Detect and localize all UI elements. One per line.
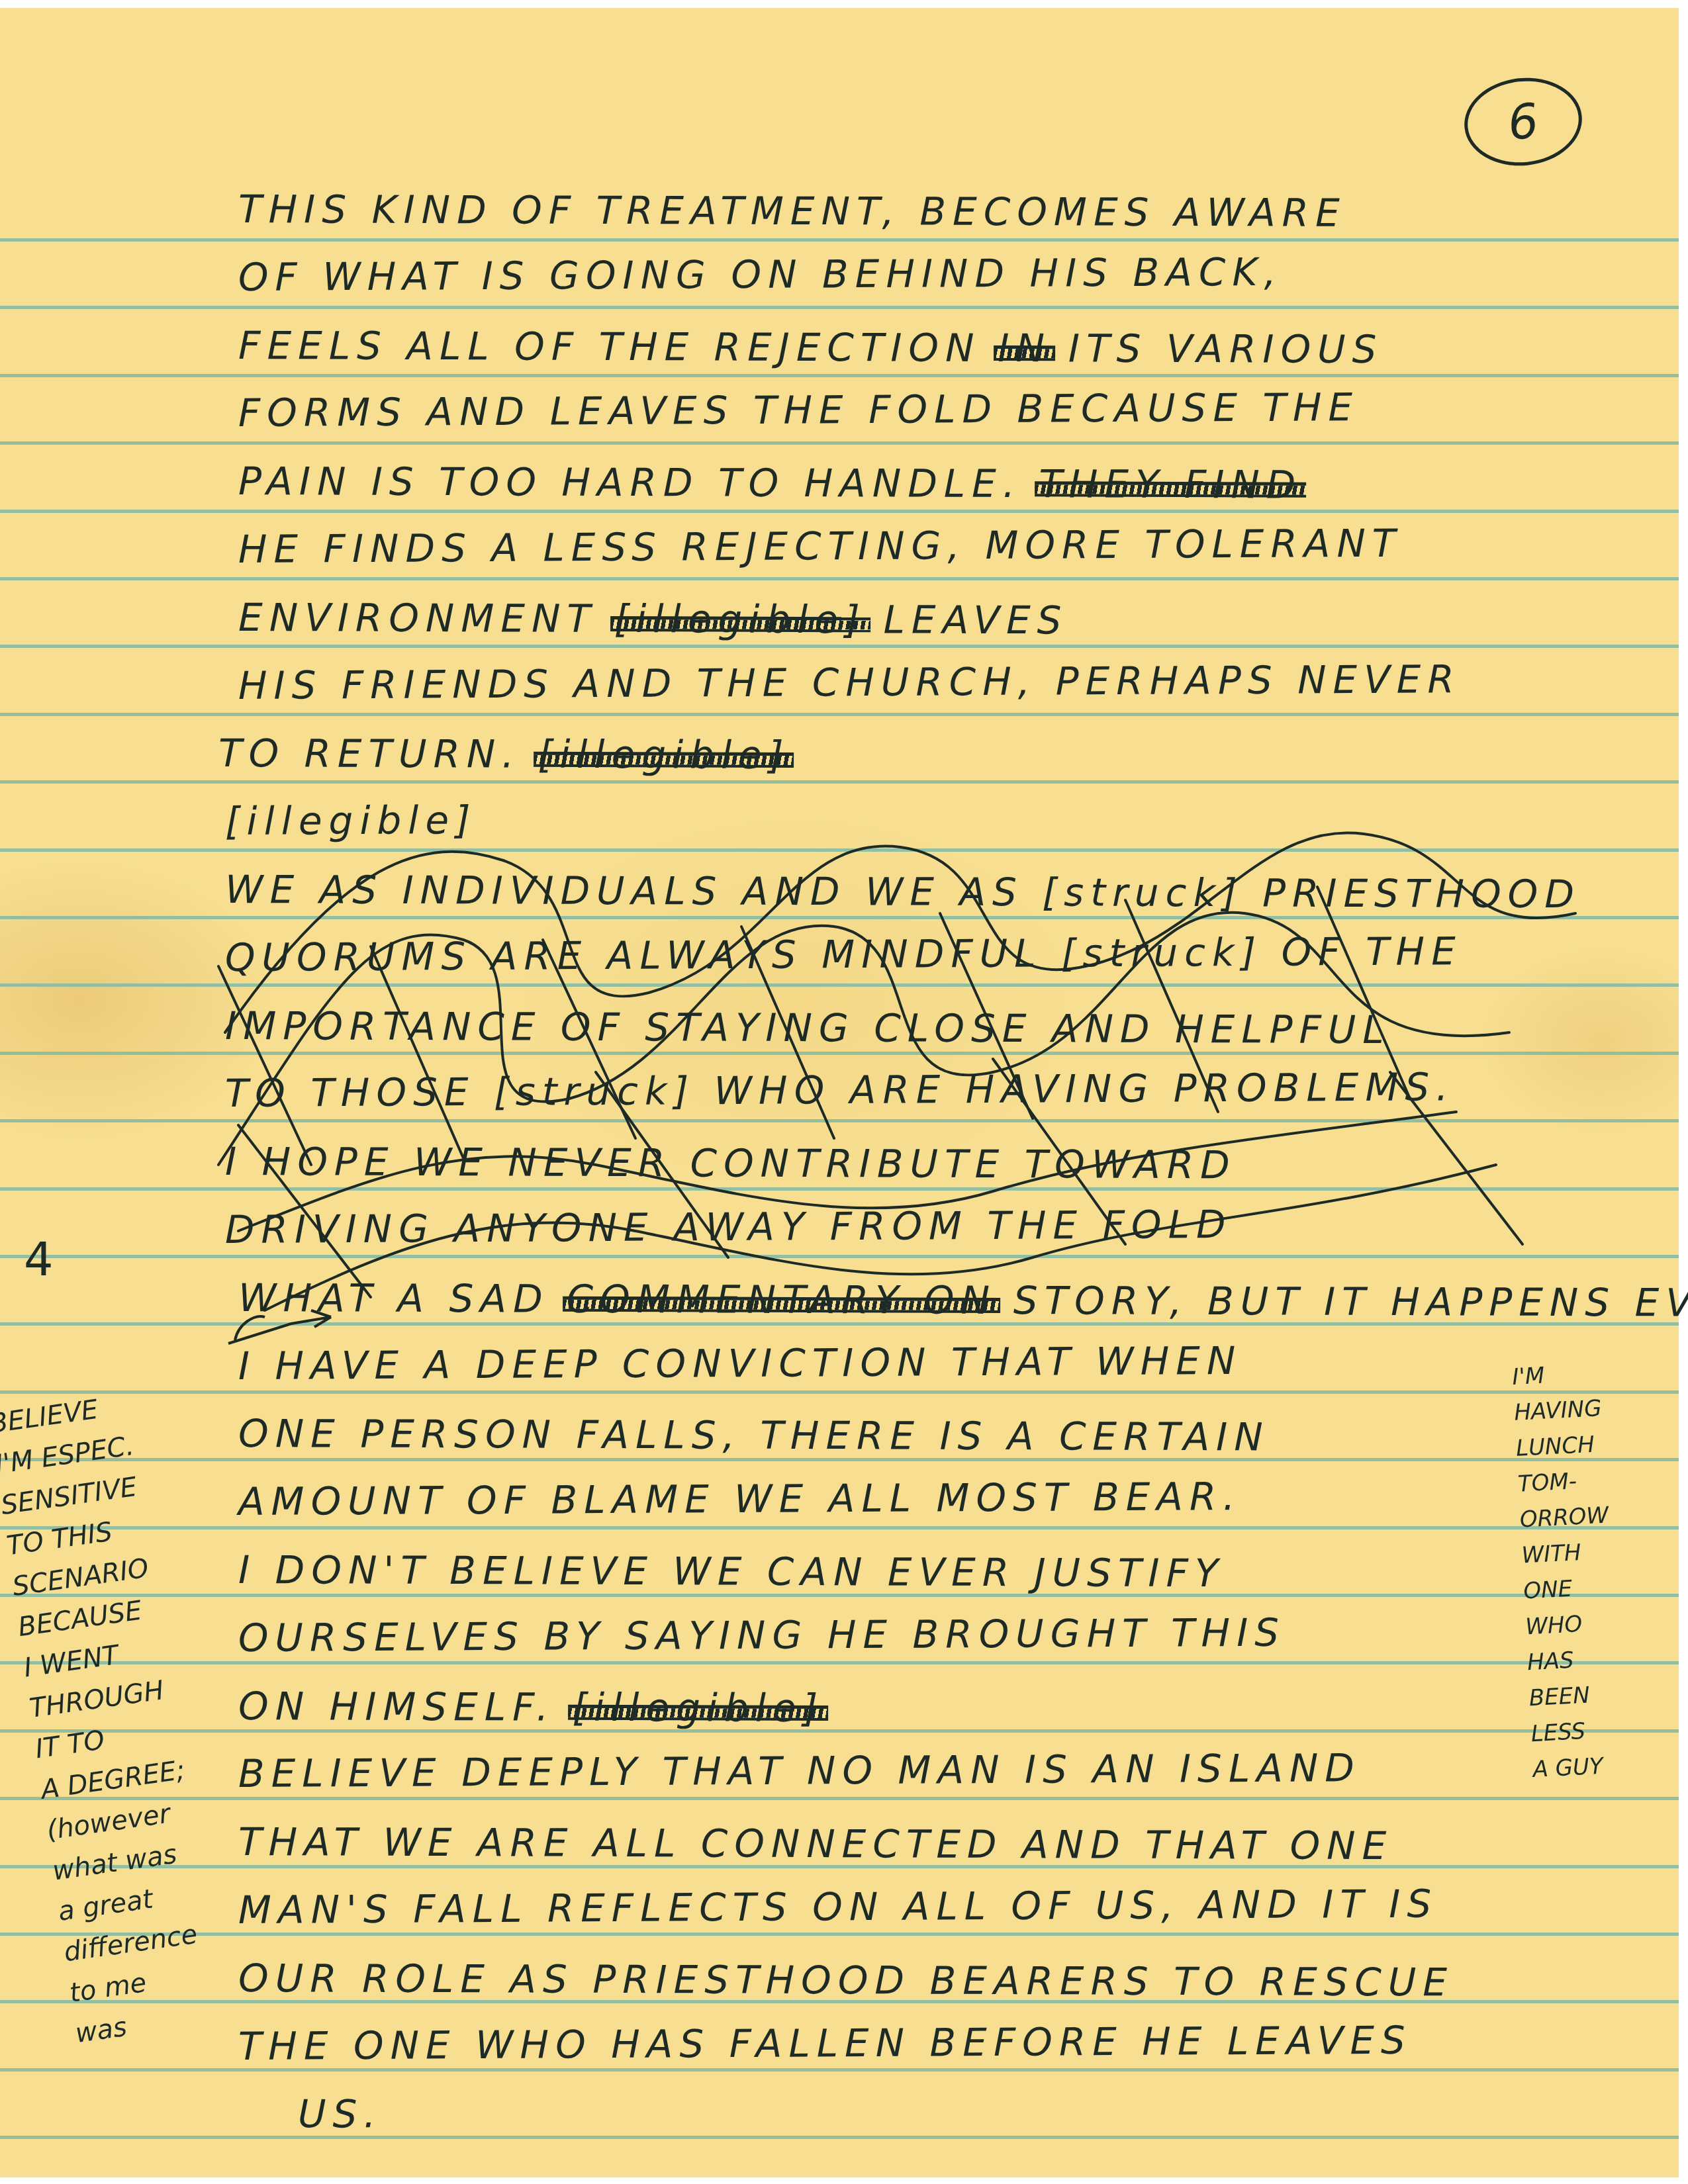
- struck-text: [illegible]: [572, 1684, 824, 1730]
- margin-note-line: TOM-: [1517, 1462, 1608, 1502]
- line-text: I HOPE WE NEVER CONTRIBUTE TOWARD: [225, 1139, 1237, 1187]
- handwritten-line: HIS FRIENDS AND THE CHURCH, PERHAPS NEVE…: [238, 657, 1478, 708]
- handwritten-line: THAT WE ARE ALL CONNECTED AND THAT ONE: [238, 1819, 1410, 1868]
- margin-note-line: I'M: [1511, 1355, 1602, 1395]
- line-text: QUORUMS ARE ALWAYS MINDFUL [struck] OF T…: [225, 929, 1462, 980]
- handwritten-line: WHAT A SADCOMMENTARY ONSTORY, BUT IT HAP…: [238, 1275, 1688, 1326]
- margin-note-line: HAS: [1526, 1640, 1617, 1680]
- line-text: THAT WE ARE ALL CONNECTED AND THAT ONE: [238, 1819, 1393, 1868]
- handwritten-line: US.: [298, 2091, 400, 2137]
- line-text: PAIN IS TOO HARD TO HANDLE.: [238, 459, 1021, 506]
- ruled-line: [0, 713, 1679, 716]
- handwritten-line: TO THOSE [struck] WHO ARE HAVING PROBLEM…: [225, 1065, 1472, 1116]
- line-text: OF WHAT IS GOING ON BEHIND HIS BACK,: [238, 250, 1283, 300]
- line-text: HIS FRIENDS AND THE CHURCH, PERHAPS NEVE…: [238, 657, 1461, 708]
- line-text: FEELS ALL OF THE REJECTION: [238, 323, 981, 371]
- struck-text: COMMENTARY ON: [567, 1277, 996, 1323]
- ruled-line: [0, 1052, 1679, 1055]
- line-text: IMPORTANCE OF STAYING CLOSE AND HELPFUL: [225, 1003, 1391, 1052]
- margin-note-line: LESS: [1530, 1711, 1620, 1752]
- struck-text: IN: [998, 326, 1051, 371]
- line-text: ON HIMSELF.: [238, 1684, 555, 1730]
- line-text-after: ITS VARIOUS: [1068, 326, 1383, 372]
- struck-text: THEY FIND: [1039, 461, 1302, 507]
- margin-note-line: LUNCH: [1515, 1426, 1606, 1467]
- handwritten-line: TO RETURN.[illegible]: [218, 731, 808, 778]
- margin-note-line: A GUY: [1532, 1747, 1622, 1788]
- margin-note-line: HAVING: [1513, 1390, 1604, 1431]
- ruled-line: [0, 1187, 1679, 1191]
- handwritten-line: OURSELVES BY SAYING HE BROUGHT THIS: [238, 1610, 1303, 1660]
- line-text: TO THOSE [struck] WHO ARE HAVING PROBLEM…: [225, 1065, 1455, 1116]
- handwritten-line: I HAVE A DEEP CONVICTION THAT WHEN: [238, 1338, 1260, 1388]
- line-text: MAN'S FALL REFLECTS ON ALL OF US, AND IT…: [238, 1882, 1438, 1933]
- ruled-line: [0, 577, 1679, 580]
- ruled-line: [0, 441, 1679, 445]
- handwritten-line: [illegible]: [225, 797, 494, 844]
- handwritten-line: PAIN IS TOO HARD TO HANDLE.THEY FIND: [238, 459, 1319, 508]
- line-text: BELIEVE DEEPLY THAT NO MAN IS AN ISLAND: [238, 1746, 1361, 1797]
- ruled-line: [0, 2136, 1679, 2139]
- line-text: I HAVE A DEEP CONVICTION THAT WHEN: [238, 1338, 1243, 1388]
- handwritten-line: DRIVING ANYONE AWAY FROM THE FOLD: [225, 1202, 1250, 1252]
- ruled-line: [0, 983, 1679, 987]
- handwritten-line: QUORUMS ARE ALWAYS MINDFUL [struck] OF T…: [225, 929, 1479, 980]
- ruled-line: [0, 1255, 1679, 1258]
- handwritten-line: FEELS ALL OF THE REJECTIONINITS VARIOUS: [238, 323, 1401, 372]
- ruled-line: [0, 306, 1679, 309]
- handwritten-line: AMOUNT OF BLAME WE ALL MOST BEAR.: [238, 1474, 1259, 1524]
- handwritten-line: ENVIRONMENT[illegible]LEAVES: [238, 595, 1086, 643]
- handwritten-line: MAN'S FALL REFLECTS ON ALL OF US, AND IT…: [238, 1881, 1456, 1933]
- line-text: US.: [298, 2091, 383, 2136]
- line-text: I DON'T BELIEVE WE CAN EVER JUSTIFY: [238, 1547, 1225, 1596]
- ruled-line: [0, 238, 1679, 242]
- line-text: WE AS INDIVIDUALS AND WE AS [struck] PRI…: [225, 867, 1581, 917]
- ruled-line: [0, 645, 1679, 648]
- line-text-after: LEAVES: [883, 597, 1068, 643]
- ruled-line: [0, 1526, 1679, 1529]
- ruled-line: [0, 374, 1679, 377]
- line-text: THE ONE WHO HAS FALLEN BEFORE HE LEAVES: [238, 2017, 1412, 2068]
- ruled-line: [0, 916, 1679, 919]
- ruled-line: [0, 1119, 1679, 1122]
- handwritten-line: BELIEVE DEEPLY THAT NO MAN IS AN ISLAND: [238, 1745, 1378, 1796]
- margin-number: 4: [24, 1232, 54, 1287]
- ruled-line: [0, 1458, 1679, 1461]
- struck-text: [illegible]: [614, 596, 867, 642]
- struck-text: [illegible]: [538, 732, 790, 778]
- handwritten-line: I HOPE WE NEVER CONTRIBUTE TOWARD: [225, 1139, 1254, 1187]
- line-text: WHAT A SAD: [238, 1275, 549, 1322]
- line-text: OUR ROLE AS PRIESTHOOD BEARERS TO RESCUE: [238, 1956, 1454, 2005]
- margin-note-line: WHO: [1524, 1604, 1615, 1645]
- handwritten-line: WE AS INDIVIDUALS AND WE AS [struck] PRI…: [225, 867, 1598, 917]
- margin-note-line: ONE: [1523, 1569, 1613, 1609]
- handwritten-line: ON HIMSELF.[illegible]: [238, 1684, 841, 1731]
- handwritten-line: FORMS AND LEAVES THE FOLD BECAUSE THE: [238, 385, 1377, 435]
- margin-note-line: WITH: [1521, 1533, 1611, 1574]
- line-text: DRIVING ANYONE AWAY FROM THE FOLD: [225, 1202, 1233, 1252]
- margin-note-line: ORROW: [1519, 1498, 1609, 1538]
- handwritten-line: OF WHAT IS GOING ON BEHIND HIS BACK,: [238, 249, 1300, 299]
- handwritten-line: THIS KIND OF TREATMENT, BECOMES AWARE: [238, 187, 1364, 236]
- line-text: THIS KIND OF TREATMENT, BECOMES AWARE: [238, 187, 1346, 236]
- line-text: [illegible]: [225, 797, 477, 844]
- handwritten-line: IMPORTANCE OF STAYING CLOSE AND HELPFUL: [225, 1003, 1408, 1052]
- ruled-line: [0, 1390, 1679, 1394]
- line-text: AMOUNT OF BLAME WE ALL MOST BEAR.: [238, 1474, 1242, 1524]
- handwritten-line: HE FINDS A LESS REJECTING, MORE TOLERANT: [238, 521, 1420, 572]
- handwritten-line: OUR ROLE AS PRIESTHOOD BEARERS TO RESCUE: [238, 1956, 1471, 2005]
- ruled-line: [0, 510, 1679, 513]
- margin-note-line: BEEN: [1528, 1676, 1619, 1716]
- handwritten-line: THE ONE WHO HAS FALLEN BEFORE HE LEAVES: [238, 2017, 1429, 2068]
- ruled-line: [0, 848, 1679, 852]
- line-text: FORMS AND LEAVES THE FOLD BECAUSE THE: [238, 385, 1360, 436]
- ruled-line: [0, 1661, 1679, 1664]
- ruled-line: [0, 780, 1679, 784]
- line-text: OURSELVES BY SAYING HE BROUGHT THIS: [238, 1610, 1286, 1661]
- line-text: TO RETURN.: [218, 731, 521, 777]
- line-text-after: STORY, BUT IT HAPPENS EVERY DAY.: [1013, 1278, 1688, 1326]
- line-text: ENVIRONMENT: [238, 595, 597, 641]
- line-text: HE FINDS A LESS REJECTING, MORE TOLERANT: [238, 521, 1403, 572]
- line-text: ONE PERSON FALLS, THERE IS A CERTAIN: [238, 1411, 1270, 1459]
- handwritten-line: ONE PERSON FALLS, THERE IS A CERTAIN: [238, 1411, 1287, 1460]
- ruled-line: [0, 1933, 1679, 1936]
- ruled-line: [0, 1797, 1679, 1800]
- handwritten-line: I DON'T BELIEVE WE CAN EVER JUSTIFY: [238, 1547, 1242, 1596]
